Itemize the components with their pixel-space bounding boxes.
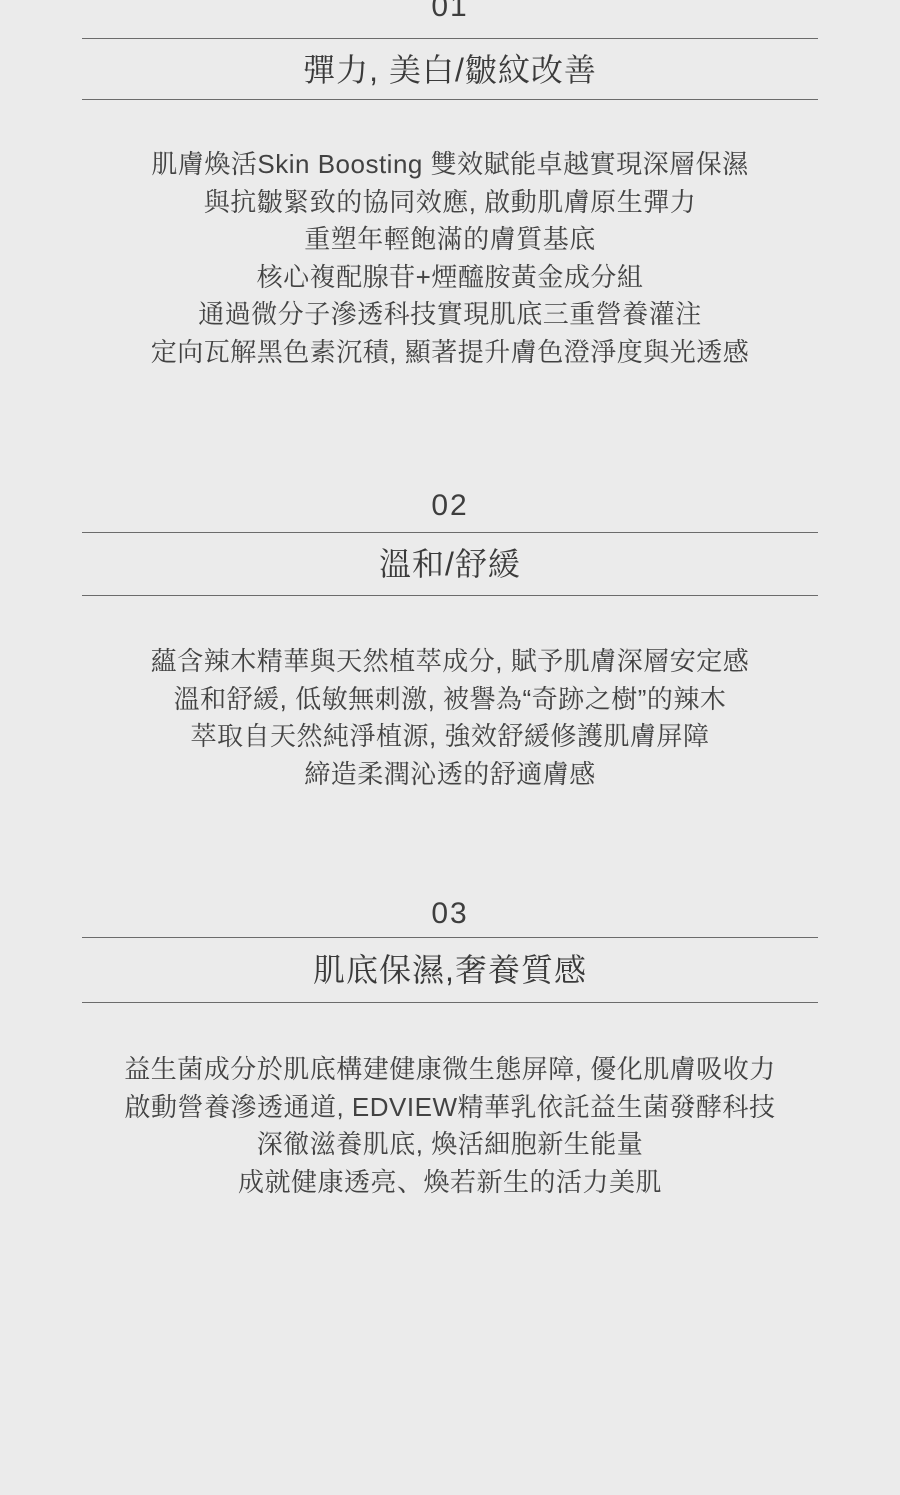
divider-line — [82, 937, 818, 938]
section-03-number: 03 — [0, 899, 900, 929]
product-detail-page: 01 彈力, 美白/皺紋改善 肌膚煥活Skin Boosting 雙效賦能卓越實… — [0, 0, 900, 1495]
paragraph-line: 成就健康透亮、煥若新生的活力美肌 — [0, 1164, 900, 1202]
section-01-title: 彈力, 美白/皺紋改善 — [0, 51, 900, 89]
divider-line — [82, 1002, 818, 1003]
paragraph-line: 重塑年輕飽滿的膚質基底 — [0, 221, 900, 259]
divider-line — [82, 99, 818, 100]
section-02-title: 溫和/舒緩 — [0, 545, 900, 583]
paragraph-line: 深徹滋養肌底, 煥活細胞新生能量 — [0, 1126, 900, 1164]
paragraph-line: 與抗皺緊致的協同效應, 啟動肌膚原生彈力 — [0, 184, 900, 222]
paragraph-line: 定向瓦解黑色素沉積, 顯著提升膚色澄淨度與光透感 — [0, 334, 900, 372]
divider-line — [82, 38, 818, 39]
paragraph-line: 溫和舒緩, 低敏無刺激, 被譽為“奇跡之樹”的辣木 — [0, 681, 900, 719]
section-02-number: 02 — [0, 491, 900, 521]
paragraph-line: 通過微分子滲透科技實現肌底三重營養灌注 — [0, 296, 900, 334]
section-03-paragraph: 益生菌成分於肌底構建健康微生態屏障, 優化肌膚吸收力 啟動營養滲透通道, EDV… — [0, 1051, 900, 1201]
section-01-paragraph: 肌膚煥活Skin Boosting 雙效賦能卓越實現深層保濕 與抗皺緊致的協同效… — [0, 146, 900, 371]
section-01-number: 01 — [0, 0, 900, 22]
divider-line — [82, 532, 818, 533]
paragraph-line: 肌膚煥活Skin Boosting 雙效賦能卓越實現深層保濕 — [0, 146, 900, 184]
section-03-title: 肌底保濕,奢養質感 — [0, 951, 900, 989]
paragraph-line: 締造柔潤沁透的舒適膚感 — [0, 756, 900, 794]
divider-line — [82, 595, 818, 596]
paragraph-line: 萃取自天然純淨植源, 強效舒緩修護肌膚屏障 — [0, 718, 900, 756]
paragraph-line: 益生菌成分於肌底構建健康微生態屏障, 優化肌膚吸收力 — [0, 1051, 900, 1089]
section-02-paragraph: 蘊含辣木精華與天然植萃成分, 賦予肌膚深層安定感 溫和舒緩, 低敏無刺激, 被譽… — [0, 643, 900, 793]
paragraph-line: 蘊含辣木精華與天然植萃成分, 賦予肌膚深層安定感 — [0, 643, 900, 681]
paragraph-line: 啟動營養滲透通道, EDVIEW精華乳依託益生菌發酵科技 — [0, 1089, 900, 1127]
paragraph-line: 核心複配腺苷+煙醯胺黃金成分組 — [0, 259, 900, 297]
